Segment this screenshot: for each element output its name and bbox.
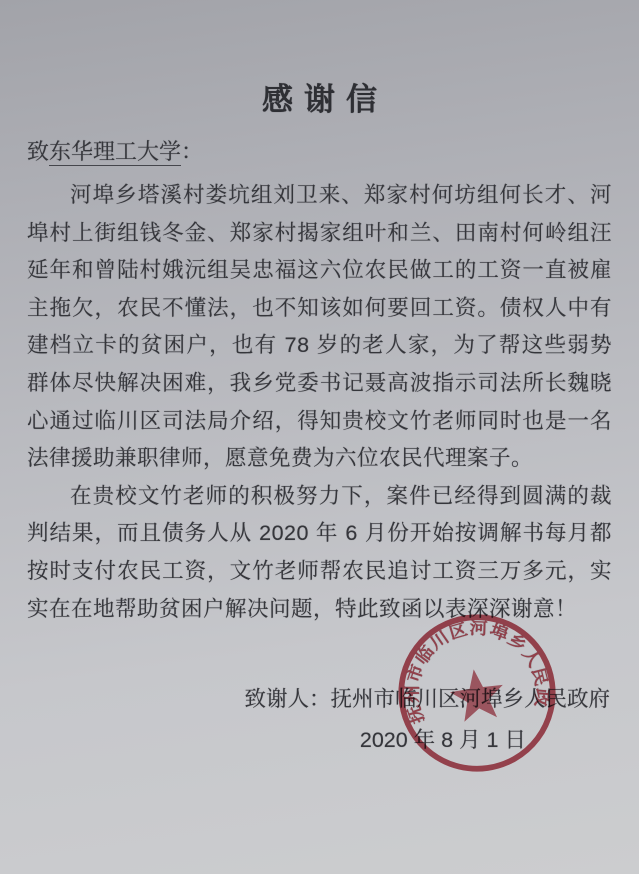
recipient-name: 东华理工大学 [49,139,181,166]
salutation-colon: ： [181,139,203,164]
date-line: 2020 年 8 月 1 日 [27,725,612,755]
paragraph: 河埠乡塔溪村娄坑组刘卫来、郑家村何坊组何长才、河埠村上街组钱冬金、郑家村揭家组叶… [27,177,612,478]
paragraph: 在贵校文竹老师的积极努力下，案件已经得到圆满的裁判结果，而且债务人从 2020 … [27,478,612,628]
letter-title: 感谢信 [27,0,612,119]
letter-photo: 感谢信 致东华理工大学： 河埠乡塔溪村娄坑组刘卫来、郑家村何坊组何长才、河埠村上… [0,0,639,874]
letter-body: 河埠乡塔溪村娄坑组刘卫来、郑家村何坊组何长才、河埠村上街组钱冬金、郑家村揭家组叶… [27,177,612,628]
signature-line: 致谢人：抚州市临川区河埠乡人民政府 [27,684,612,714]
salutation: 致东华理工大学： [27,135,612,169]
salutation-prefix: 致 [27,139,49,164]
signature-block: 致谢人：抚州市临川区河埠乡人民政府 2020 年 8 月 1 日 [27,684,612,755]
